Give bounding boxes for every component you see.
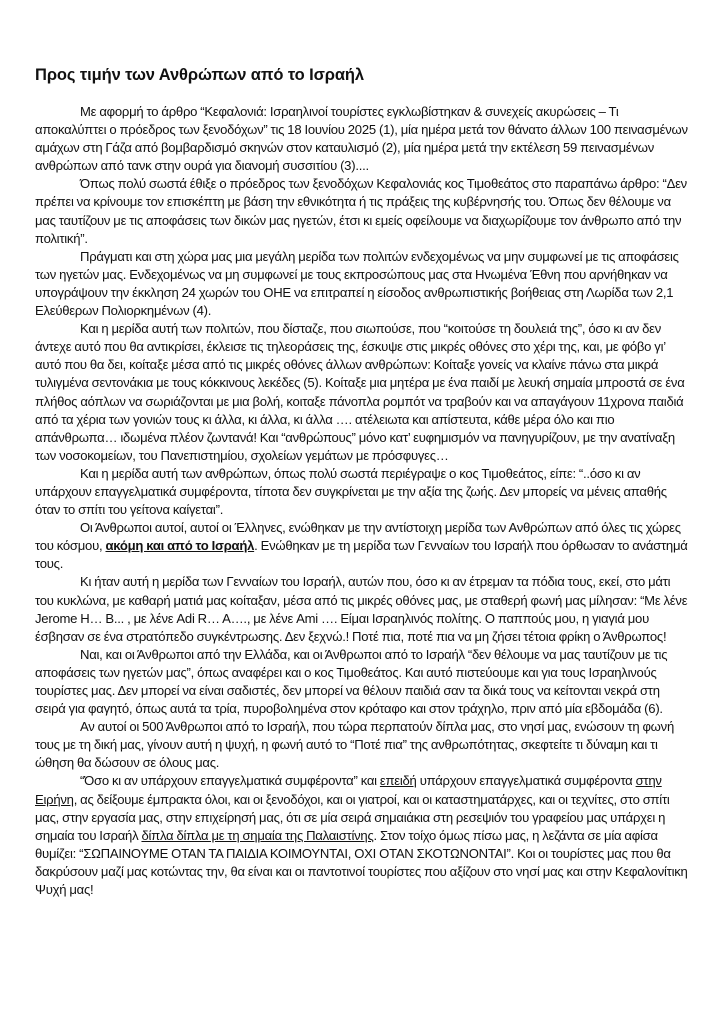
paragraph-citizens: Πράγματι και στη χώρα μας μια μεγάλη μερ…	[35, 248, 690, 320]
paragraph-text: Αν αυτοί οι 500 Άνθρωποι από το Ισραήλ, …	[35, 719, 674, 770]
document-page: Προς τιμήν των Ανθρώπων από το Ισραήλ Με…	[35, 66, 690, 899]
paragraph-text: Κι ήταν αυτή η μερίδα των Γενναίων του Ι…	[35, 574, 687, 643]
paragraph-text: Ναι, και οι Άνθρωποι από την Ελλάδα, και…	[35, 647, 667, 716]
paragraph-conclusion: “Όσο κι αν υπάρχουν επαγγελματικά συμφέρ…	[35, 772, 690, 899]
emphasis-underline: δίπλα δίπλα με τη σημαία της Παλαιστίνης	[141, 828, 373, 843]
paragraph-text: Πράγματι και στη χώρα μας μια μεγάλη μερ…	[35, 249, 679, 318]
paragraph-yes: Ναι, και οι Άνθρωποι από την Ελλάδα, και…	[35, 646, 690, 718]
paragraph-text: “Όσο κι αν υπάρχουν επαγγελματικά συμφέρ…	[80, 773, 380, 788]
paragraph-screens: Και η μερίδα αυτή των πολιτών, που δίστα…	[35, 320, 690, 465]
paragraph-text: Και η μερίδα αυτή των ανθρώπων, όπως πολ…	[35, 466, 667, 517]
paragraph-intro: Με αφορμή το άρθρο “Κεφαλονιά: Ισραηλινο…	[35, 103, 690, 175]
document-title: Προς τιμήν των Ανθρώπων από το Ισραήλ	[35, 66, 690, 85]
paragraph-text: Όπως πολύ σωστά έθιξε ο πρόεδρος των ξεν…	[35, 176, 687, 245]
paragraph-united: Οι Άνθρωποι αυτοί, αυτοί οι Έλληνες, ενώ…	[35, 519, 690, 573]
paragraph-text: Με αφορμή το άρθρο “Κεφαλονιά: Ισραηλινο…	[35, 104, 688, 173]
paragraph-text: υπάρχουν επαγγελματικά συμφέροντα	[417, 773, 636, 788]
paragraph-text: Και η μερίδα αυτή των πολιτών, που δίστα…	[35, 321, 685, 463]
emphasis-bold-underline: ακόμη και από το Ισραήλ	[105, 538, 254, 553]
paragraph-said: Και η μερίδα αυτή των ανθρώπων, όπως πολ…	[35, 465, 690, 519]
paragraph-quote-president: Όπως πολύ σωστά έθιξε ο πρόεδρος των ξεν…	[35, 175, 690, 247]
emphasis-underline: επειδή	[380, 773, 417, 788]
paragraph-500: Αν αυτοί οι 500 Άνθρωποι από το Ισραήλ, …	[35, 718, 690, 772]
paragraph-brave: Κι ήταν αυτή η μερίδα των Γενναίων του Ι…	[35, 573, 690, 645]
